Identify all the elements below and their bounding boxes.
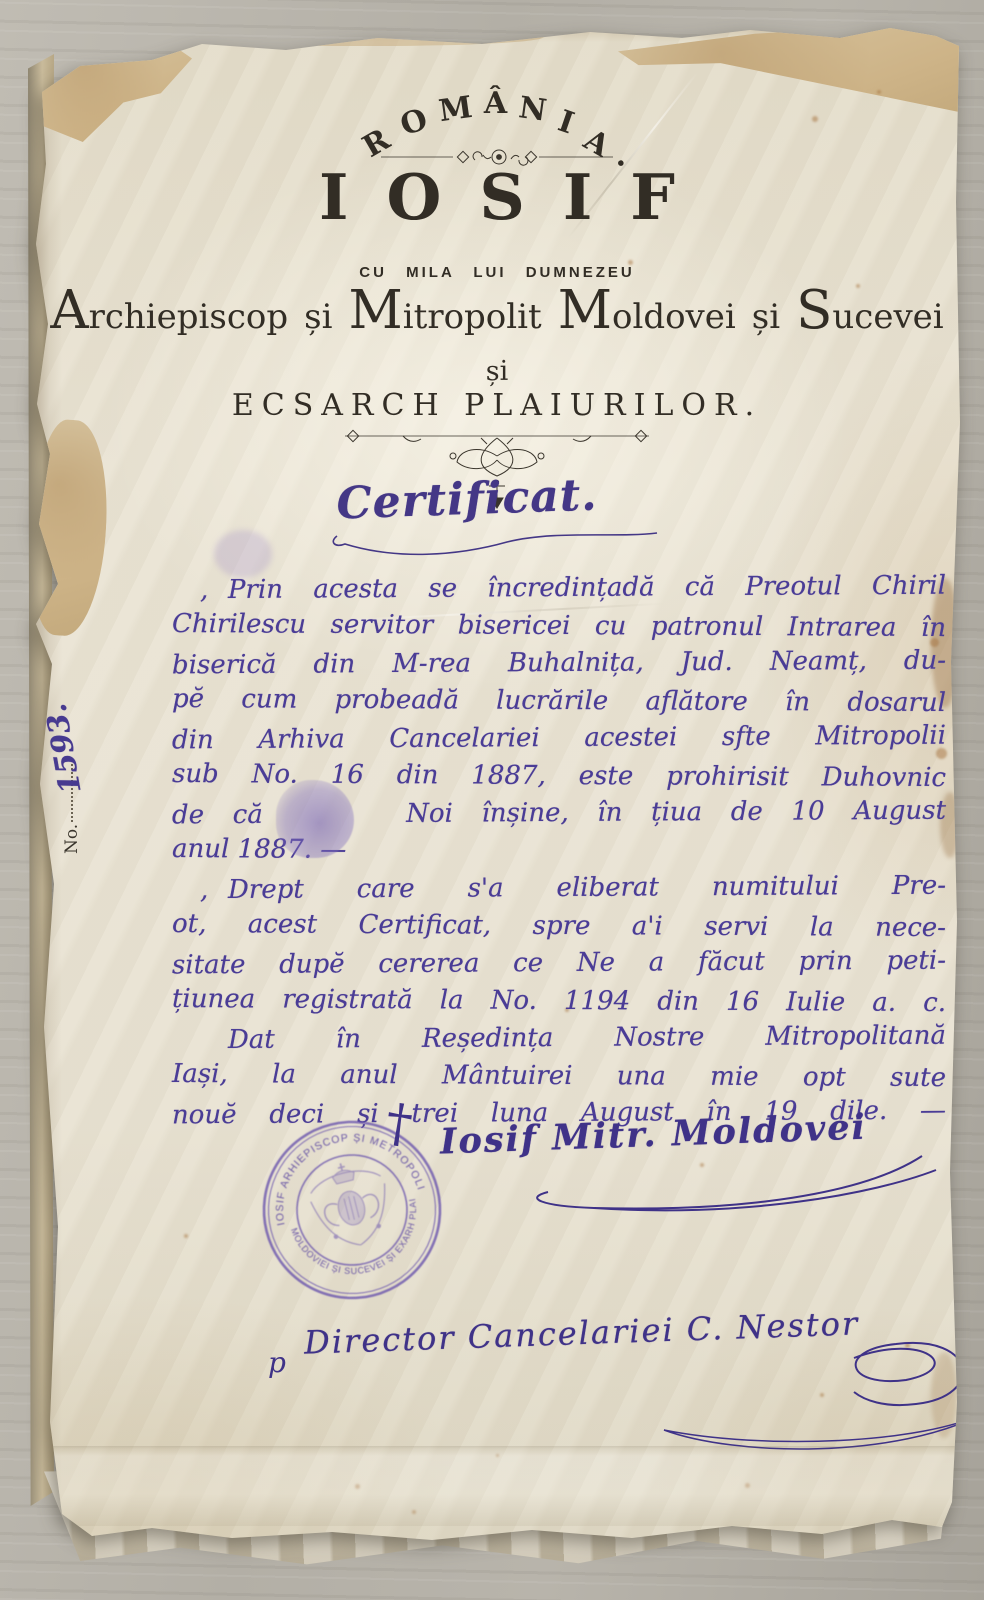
handwritten-text: sitate dupĕ cererea ce Ne a făcut prin p… (172, 946, 946, 981)
handwritten-text: ot, acest Certificat, spre a'i servi la … (172, 908, 946, 942)
title-word: Mitropolit (349, 280, 542, 341)
handwritten-line: ,Prin acesta se încredințadă că Preotul … (172, 569, 946, 611)
handwritten-text: Dat în Reședința Nostre Mitropolitană (228, 1021, 946, 1055)
motto-line: CU MILA LUI DUMNEZEU (34, 264, 960, 281)
handwritten-text: Drept care s'a eliberat numitului Pre- (228, 871, 946, 905)
handwritten-line: ,Drept care s'a eliberat numitului Pre- (172, 869, 946, 911)
handwritten-line: ot, acest Certificat, spre a'i servi la … (172, 906, 946, 948)
arched-letter: O (396, 102, 432, 144)
title-initial-cap: S (796, 280, 832, 341)
torn-top-strip (184, 26, 544, 46)
handwritten-line: Chirilescu servitor bisericei cu patronu… (172, 606, 946, 648)
chancellery-director-signature: p Director Cancelariei C. Nestor (204, 1304, 974, 1464)
handwritten-text: biserică din M-rea Buhalnița, Jud. Neamț… (172, 646, 946, 681)
paragraph-lead-mark: , (200, 573, 208, 607)
handwritten-line: Dat în Reședința Nostre Mitropolitană (172, 1019, 946, 1061)
foxing-spot (355, 1484, 360, 1489)
title-word: și (304, 297, 332, 337)
foxing-spot (184, 1234, 188, 1238)
certificate-paper: ROMÂNIA. IOSIF CU MILA LUI DUMNEZEU Arch… (34, 22, 960, 1550)
handwritten-line: Iași, la anul Mântuirei una mie opt sute (172, 1056, 946, 1098)
handwritten-text: din Arhiva Cancelariei acestei sfte Mitr… (172, 721, 946, 756)
metropolitan-signature: † Iosif Mitr. Moldovei (386, 1102, 956, 1222)
title-initial-cap: M (558, 280, 612, 341)
metropolitan-name: IOSIF (34, 160, 960, 234)
handwritten-text: țiunea registrată la No. 1194 din 16 Iul… (172, 983, 946, 1017)
title-word: Moldovei (558, 280, 736, 341)
title-word-rest: rchiepiscop (89, 297, 289, 337)
foxing-spot (745, 1483, 750, 1488)
torn-corner-top-left (36, 26, 192, 142)
arched-letter: M (436, 90, 474, 129)
handwritten-text: pĕ cum probeadă lucrările aflătore în do… (172, 683, 946, 717)
title-initial-cap: M (349, 280, 403, 341)
country-arched-title: ROMÂNIA. (34, 86, 960, 121)
countersign-flourish (644, 1338, 984, 1458)
handwritten-line: sitate dupĕ cererea ce Ne a făcut prin p… (172, 944, 946, 986)
cross-dagger-glyph: † (382, 1092, 416, 1155)
handwritten-text: Chirilescu servitor bisericei cu patronu… (172, 608, 946, 642)
handwritten-text: Prin acesta se încredințadă că Preotul C… (228, 571, 946, 605)
handwritten-line: din Arhiva Cancelariei acestei sfte Mitr… (172, 719, 946, 761)
seal-coat-of-arms (304, 1154, 398, 1254)
title-word-rest: ucevei (832, 297, 943, 337)
title-flourish (327, 528, 667, 556)
registry-number-label: No. (62, 824, 82, 854)
arched-letter: Â (484, 86, 507, 121)
certificate-paper-wrap: ROMÂNIA. IOSIF CU MILA LUI DUMNEZEU Arch… (34, 22, 960, 1550)
title-word: Sucevei (796, 280, 944, 341)
title-word-rest: itropolit (403, 297, 542, 337)
title-initial-cap: A (50, 280, 88, 341)
photo-of-document: { "document": { "margin_number_label": "… (0, 0, 984, 1600)
handwritten-line: țiunea registrată la No. 1194 din 16 Iul… (172, 981, 946, 1023)
conjunction-line: și (34, 356, 960, 387)
foxing-spot (412, 1510, 416, 1514)
certificate-body-text: ,Prin acesta se încredințadă că Preotul … (172, 571, 946, 1134)
registry-number-vertical: No.1593. (50, 654, 90, 854)
handwritten-line: pĕ cum probeadă lucrările aflătore în do… (172, 681, 946, 723)
title-word: și (752, 297, 780, 337)
arched-letter: N (517, 90, 549, 128)
title-word-rest: oldovei (612, 297, 736, 337)
paragraph-lead-mark: , (200, 873, 208, 907)
handwritten-line: biserică din M-rea Buhalnița, Jud. Neamț… (172, 644, 946, 686)
signature-flourish (444, 1148, 944, 1226)
ink-blot (276, 780, 354, 858)
per-procura-mark: p (268, 1346, 286, 1379)
archbishop-title-line: ArchiepiscopșiMitropolitMoldoveișiSuceve… (34, 280, 960, 341)
exarch-subtitle: ECSARCH PLAIURILOR. (34, 388, 960, 423)
handwritten-text: Iași, la anul Mântuirei una mie opt sute (172, 1058, 946, 1092)
arched-letter: I (553, 104, 578, 142)
title-word: Archiepiscop (50, 280, 288, 341)
